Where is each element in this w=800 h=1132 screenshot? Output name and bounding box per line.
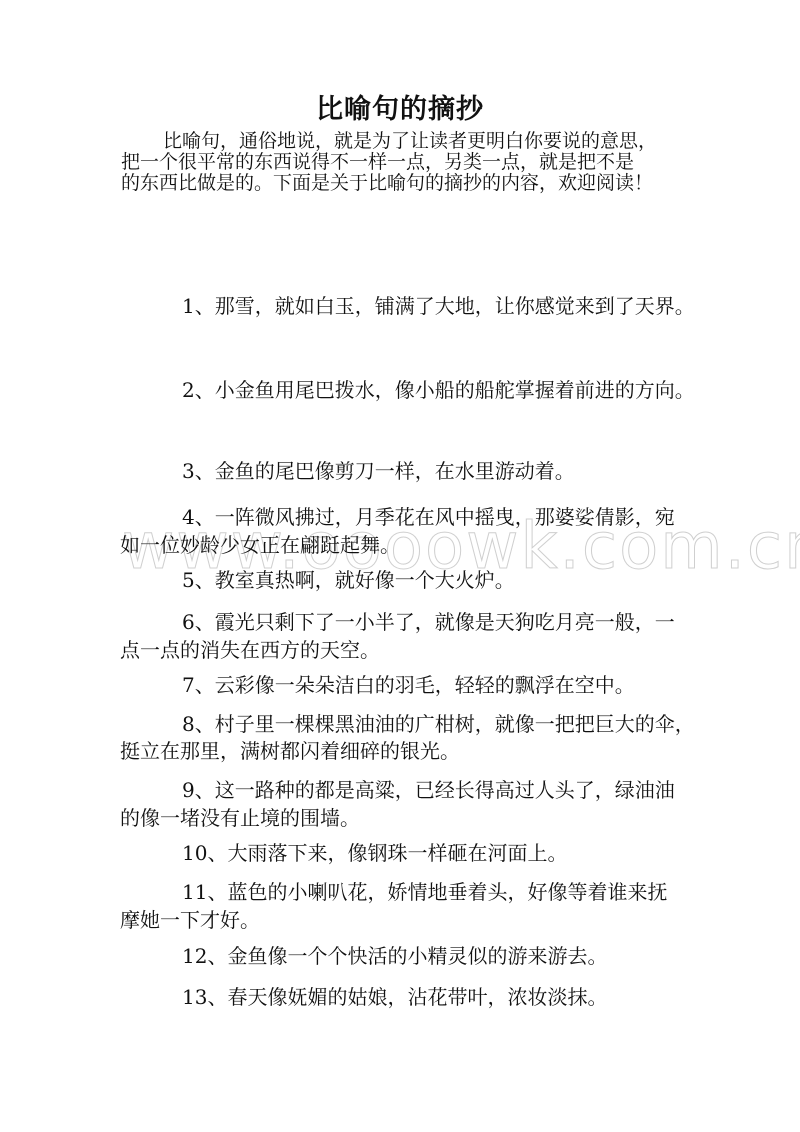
page-title: 比喻句的摘抄 <box>0 94 800 126</box>
list-item-3: 3、金鱼的尾巴像剪刀一样，在水里游动着。 <box>182 457 575 485</box>
intro-line: 把一个很平常的东西说得不一样一点，另类一点，就是把不是 <box>121 152 683 173</box>
list-item-12: 12、金鱼像一个个快活的小精灵似的游来游去。 <box>182 942 607 970</box>
list-item-8: 8、村子里一棵棵黑油油的广柑树，就像一把把巨大的伞， <box>182 710 695 738</box>
list-item-4: 4、一阵微风拂过，月季花在风中摇曳，那婆娑倩影，宛 <box>182 503 675 531</box>
document-page: www.oooowk.com.cn 比喻句的摘抄 比喻句，通俗地说，就是为了让读… <box>0 0 800 1132</box>
list-item-10: 10、大雨落下来，像钢珠一样砸在河面上。 <box>182 839 567 867</box>
list-item-11: 11、蓝色的小喇叭花，娇情地垂着头，好像等着谁来抚 <box>182 878 667 906</box>
list-item-11-continued: 摩她一下才好。 <box>120 906 260 934</box>
list-item-7: 7、云彩像一朵朵洁白的羽毛，轻轻的飘浮在空中。 <box>182 671 635 699</box>
intro-line: 比喻句，通俗地说，就是为了让读者更明白你要说的意思， <box>121 131 683 152</box>
intro-paragraph: 比喻句，通俗地说，就是为了让读者更明白你要说的意思， 把一个很平常的东西说得不一… <box>121 131 683 194</box>
list-item-9: 9、这一路种的都是高粱，已经长得高过人头了，绿油油 <box>182 776 675 804</box>
list-item-6-continued: 点一点的消失在西方的天空。 <box>120 636 380 664</box>
list-item-5: 5、教室真热啊，就好像一个大火炉。 <box>182 566 515 594</box>
list-item-6: 6、霞光只剩下了一小半了，就像是天狗吃月亮一般，一 <box>182 608 675 636</box>
list-item-8-continued: 挺立在那里，满树都闪着细碎的银光。 <box>120 737 460 765</box>
list-item-2: 2、小金鱼用尾巴拨水，像小船的船舵掌握着前进的方向。 <box>182 376 695 404</box>
list-item-1: 1、那雪，就如白玉，铺满了大地，让你感觉来到了天界。 <box>182 292 695 320</box>
list-item-4-continued: 如一位妙龄少女正在翩跹起舞。 <box>120 531 400 559</box>
list-item-13: 13、春天像妩媚的姑娘，沾花带叶，浓妆淡抹。 <box>182 983 607 1011</box>
list-item-9-continued: 的像一堵没有止境的围墙。 <box>120 804 360 832</box>
intro-line: 的东西比做是的。下面是关于比喻句的摘抄的内容，欢迎阅读！ <box>121 173 683 194</box>
